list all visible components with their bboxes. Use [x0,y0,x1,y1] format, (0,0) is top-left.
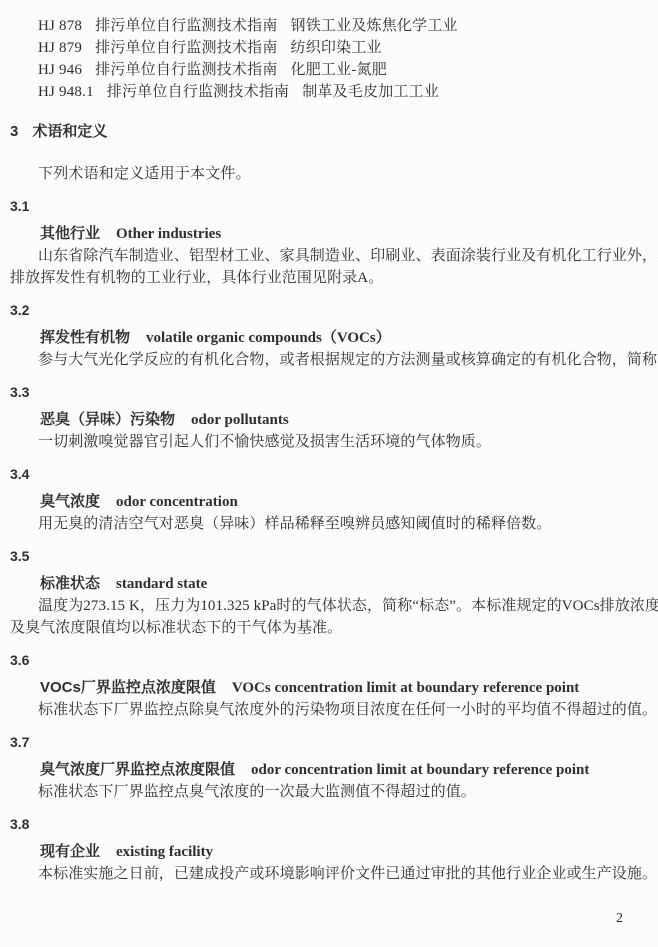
definition-line: 标准状态下厂界监控点臭气浓度的一次最大监测值不得超过的值。 [10,781,648,803]
term-chinese: VOCs厂界监控点浓度限值 [40,679,216,696]
reference-title: 排污单位自行监测技术指南 [95,18,277,34]
term-section-3-2: 3.2 挥发性有机物volatile organic compounds（VOC… [10,299,648,371]
term-line: 挥发性有机物volatile organic compounds（VOCs） [40,327,648,349]
term-english: odor concentration limit at boundary ref… [251,762,589,778]
term-chinese: 现有企业 [40,843,100,860]
term-chinese: 恶臭（异味）污染物 [40,411,175,428]
term-chinese: 其他行业 [40,225,100,242]
reference-code: HJ 879 [38,40,82,56]
term-english: volatile organic compounds（VOCs） [146,330,391,346]
term-section-3-3: 3.3 恶臭（异味）污染物odor pollutants 一切刺激嗅觉器官引起人… [10,381,648,453]
term-english: odor pollutants [191,412,289,428]
clause-number: 3.1 [10,195,648,217]
definition-line: 本标准实施之日前，已建成投产或环境影响评价文件已通过审批的其他行业企业或生产设施… [10,863,648,885]
term-section-3-4: 3.4 臭气浓度odor concentration 用无臭的清洁空气对恶臭（异… [10,463,648,535]
reference-line: HJ 946排污单位自行监测技术指南化肥工业-氮肥 [10,59,648,81]
reference-industry: 制革及毛皮加工工业 [302,84,439,100]
definition-line: 用无臭的清洁空气对恶臭（异味）样品稀释至嗅辨员感知阈值时的稀释倍数。 [10,513,648,535]
clause-number: 3.2 [10,299,648,321]
reference-code: HJ 946 [38,62,82,78]
reference-industry: 钢铁工业及炼焦化学工业 [291,18,458,34]
reference-code: HJ 948.1 [38,84,94,100]
clause-number: 3.5 [10,545,648,567]
definition-line: 温度为273.15 K，压力为101.325 kPa时的气体状态，简称“标态”。… [10,595,648,617]
clause-number: 3.3 [10,381,648,403]
term-english: Other industries [116,226,221,242]
reference-title: 排污单位自行监测技术指南 [95,40,277,56]
clause-number: 3.6 [10,649,648,671]
reference-line: HJ 948.1排污单位自行监测技术指南制革及毛皮加工工业 [10,81,648,103]
reference-title: 排污单位自行监测技术指南 [95,62,277,78]
definition-line: 山东省除汽车制造业、铝型材工业、家具制造业、印刷业、表面涂装行业及有机化工行业外… [10,245,648,267]
reference-industry: 化肥工业-氮肥 [291,62,387,78]
term-english: odor concentration [116,494,238,510]
term-english: existing facility [116,844,213,860]
term-english: standard state [116,576,207,592]
reference-title: 排污单位自行监测技术指南 [107,84,289,100]
term-english: VOCs concentration limit at boundary ref… [232,680,579,696]
term-line: 臭气浓度odor concentration [40,491,648,513]
clause-number: 3.8 [10,813,648,835]
term-chinese: 挥发性有机物 [40,329,130,346]
term-line: 标准状态standard state [40,573,648,595]
definition-line: 参与大气光化学反应的有机化合物，或者根据规定的方法测量或核算确定的有机化合物，简… [10,349,648,371]
intro-paragraph: 下列术语和定义适用于本文件。 [10,163,648,185]
page-number: 2 [616,908,623,930]
term-section-3-6: 3.6 VOCs厂界监控点浓度限值VOCs concentration limi… [10,649,648,721]
term-section-3-7: 3.7 臭气浓度厂界监控点浓度限值odor concentration limi… [10,731,648,803]
definition-line: 排放挥发性有机物的工业行业，具体行业范围见附录A。 [10,267,648,289]
term-section-3-1: 3.1 其他行业Other industries 山东省除汽车制造业、铝型材工业… [10,195,648,289]
term-line: 恶臭（异味）污染物odor pollutants [40,409,648,431]
reference-line: HJ 879排污单位自行监测技术指南纺织印染工业 [10,37,648,59]
term-chinese: 臭气浓度 [40,493,100,510]
reference-industry: 纺织印染工业 [291,40,382,56]
term-line: 臭气浓度厂界监控点浓度限值odor concentration limit at… [40,759,648,781]
term-line: 现有企业existing facility [40,841,648,863]
section-heading-number: 3 [10,123,18,140]
term-line: 其他行业Other industries [40,223,648,245]
reference-code: HJ 878 [38,18,82,34]
definition-line: 及臭气浓度限值均以标准状态下的干气体为基准。 [10,617,648,639]
section-heading-title: 术语和定义 [32,123,107,140]
clause-number: 3.4 [10,463,648,485]
document-page: HJ 878排污单位自行监测技术指南钢铁工业及炼焦化学工业 HJ 879排污单位… [0,0,658,947]
term-section-3-5: 3.5 标准状态standard state 温度为273.15 K，压力为10… [10,545,648,639]
definition-line: 一切刺激嗅觉器官引起人们不愉快感觉及损害生活环境的气体物质。 [10,431,648,453]
reference-list: HJ 878排污单位自行监测技术指南钢铁工业及炼焦化学工业 HJ 879排污单位… [10,15,648,103]
term-chinese: 标准状态 [40,575,100,592]
definition-line: 标准状态下厂界监控点除臭气浓度外的污染物项目浓度在任何一小时的平均值不得超过的值… [10,699,648,721]
section-heading: 3术语和定义 [10,121,648,143]
clause-number: 3.7 [10,731,648,753]
term-line: VOCs厂界监控点浓度限值VOCs concentration limit at… [40,677,648,699]
term-section-3-8: 3.8 现有企业existing facility 本标准实施之日前，已建成投产… [10,813,648,885]
reference-line: HJ 878排污单位自行监测技术指南钢铁工业及炼焦化学工业 [10,15,648,37]
term-chinese: 臭气浓度厂界监控点浓度限值 [40,761,235,778]
